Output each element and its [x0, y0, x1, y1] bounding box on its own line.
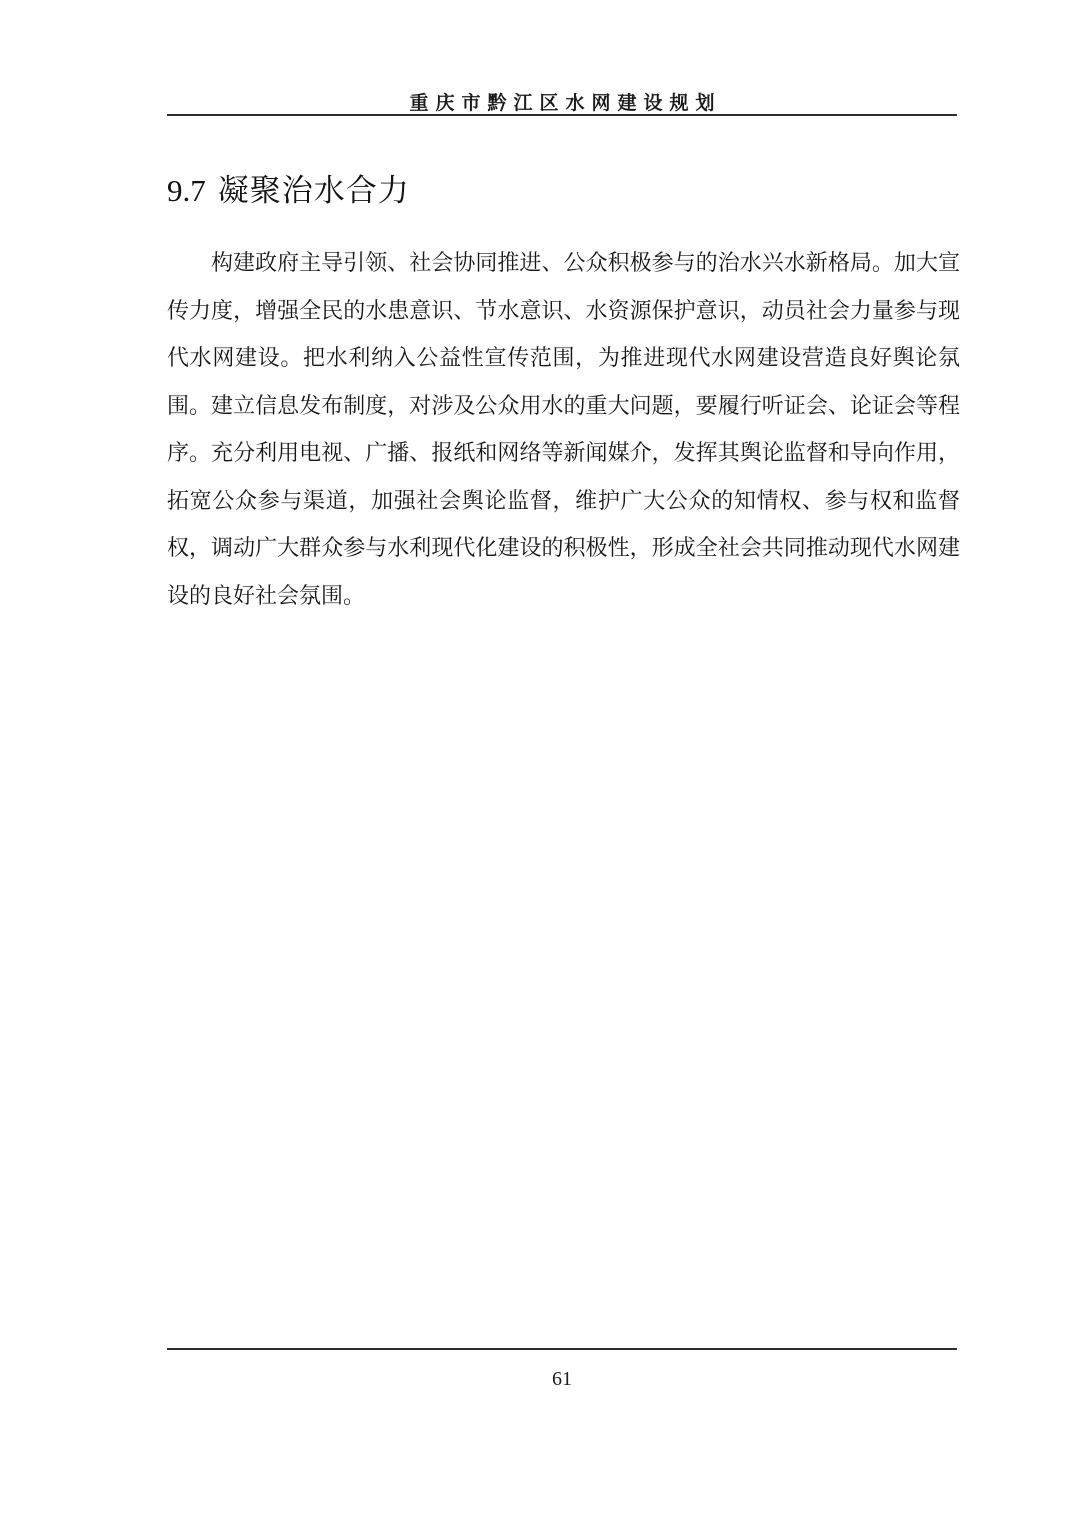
footer-rule [167, 1348, 957, 1350]
page-number: 61 [167, 1368, 957, 1391]
running-header-title: 重庆市黔江区水网建设规划 [167, 88, 957, 115]
body-paragraph: 构建政府主导引领、社会协同推进、公众积极参与的治水兴水新格局。加大宣传力度，增强… [167, 239, 960, 619]
section-title: 凝聚治水合力 [218, 173, 410, 208]
document-page: 重庆市黔江区水网建设规划 9.7凝聚治水合力 构建政府主导引领、社会协同推进、公… [0, 0, 1074, 1520]
section-number: 9.7 [167, 173, 206, 208]
header-rule [167, 114, 957, 116]
section-heading: 9.7凝聚治水合力 [167, 170, 410, 212]
